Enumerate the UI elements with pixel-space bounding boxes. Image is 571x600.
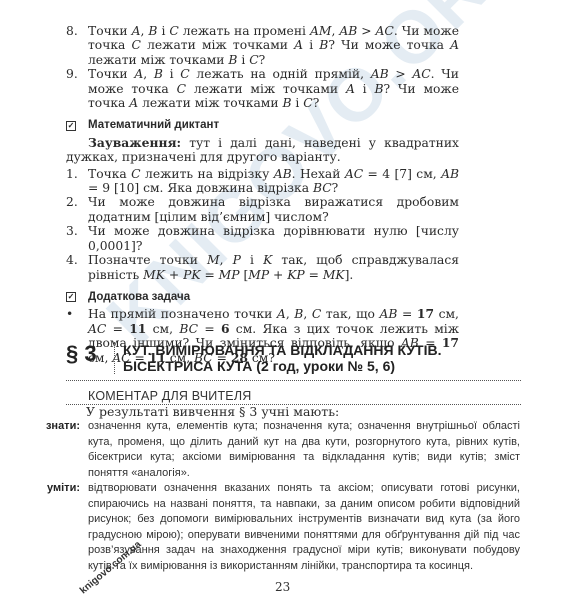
dictation-item: 3.Чи може довжина відрізка дорівнювати н… [66,224,459,253]
section-title-line2: БІСЕКТРИСА КУТА (2 год, уроки № 5, 6) [123,358,442,374]
section-symbol: § 3 [66,342,114,366]
extra-task-title: Додаткова задача [88,290,190,304]
divider [66,380,521,381]
page-number: 23 [275,580,290,594]
checkbox-checked-icon: ✓ [66,121,76,131]
dictation-item: 4.Позначте точки M, P і K так, щоб справ… [66,253,459,282]
dictation-items: 1.Точка C лежить на відрізку AB. Нехай A… [66,167,459,282]
item-text: Точка C лежить на відрізку AB. Нехай AC … [88,167,459,196]
section-title-line1: КУТ. ВИМІРЮВАННЯ ТА ВІДКЛАДАННЯ КУТІВ. [123,342,442,358]
item-number: 9. [66,67,88,110]
outcome-row: уміти:відтворювати означення вказаних по… [20,481,520,574]
outcome-label: уміти: [20,481,88,574]
item-number: 2. [66,195,88,224]
note-label: Зауваження: [88,135,181,150]
section-title: КУТ. ВИМІРЮВАННЯ ТА ВІДКЛАДАННЯ КУТІВ. Б… [114,342,442,374]
teacher-comment-heading: КОМЕНТАР ДЛЯ ВЧИТЕЛЯ [88,389,251,403]
outcome-text: означення кута, елементів кута; позначен… [88,419,520,481]
section-header: § 3 КУТ. ВИМІРЮВАННЯ ТА ВІДКЛАДАННЯ КУТІ… [66,342,521,374]
item-number: 8. [66,24,88,67]
dictation-heading: ✓ Математичний диктант [66,118,459,132]
extra-task-heading: ✓ Додаткова задача [66,290,459,304]
checkbox-checked-icon: ✓ [66,292,76,302]
item-number: 3. [66,224,88,253]
learning-outcomes: У результаті вивчення § 3 учні мають: зн… [20,405,520,574]
dictation-note: Зауваження: тут і далі дані, наведені у … [66,136,459,165]
item-text: Чи може довжина відрізка дорівнювати нул… [88,224,459,253]
book-page: KNIGOVO.ORG.UA 8.Точки A, B і C лежать н… [0,0,571,600]
outcomes-list: знати:означення кута, елементів кута; по… [20,419,520,574]
item-number: 4. [66,253,88,282]
item-text: Точки A, B і C лежать на промені AM, AB … [88,24,459,67]
item-text: Точки A, B і C лежать на одній прямій, A… [88,67,459,110]
item-number: 1. [66,167,88,196]
exercises-block: 8.Точки A, B і C лежать на промені AM, A… [66,24,459,365]
outcome-row: знати:означення кута, елементів кута; по… [20,419,520,481]
outcome-label: знати: [20,419,88,481]
outcome-text: відтворювати означення вказаних понять т… [88,481,520,574]
item-text: Позначте точки M, P і K так, щоб справдж… [88,253,459,282]
top-exercises: 8.Точки A, B і C лежать на промені AM, A… [66,24,459,110]
dictation-title: Математичний диктант [88,118,219,132]
outcomes-intro: У результаті вивчення § 3 учні мають: [86,405,520,419]
dictation-item: 1.Точка C лежить на відрізку AB. Нехай A… [66,167,459,196]
exercise-item: 8.Точки A, B і C лежать на промені AM, A… [66,24,459,67]
exercise-item: 9.Точки A, B і C лежать на одній прямій,… [66,67,459,110]
dictation-item: 2.Чи може довжина відрізка виражатися др… [66,195,459,224]
item-text: Чи може довжина відрізка виражатися дроб… [88,195,459,224]
